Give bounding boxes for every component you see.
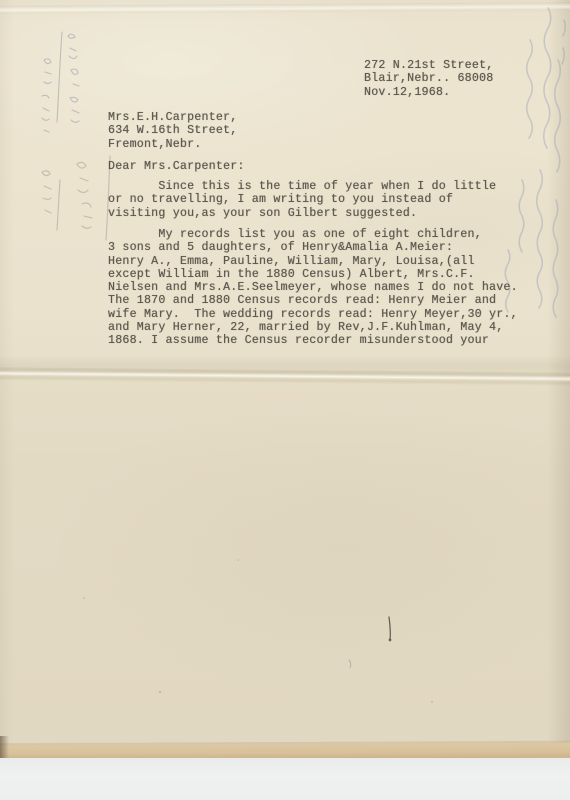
inside-address-block: Mrs.E.H.Carpenter, 634 W.16th Street, Fr…	[108, 111, 237, 151]
paragraph-family-records: My records list you as one of eight chil…	[108, 228, 518, 348]
paper-corner-shadow	[0, 736, 9, 760]
sender-address-block: 272 N.21st Street, Blair,Nebr.. 68008 No…	[364, 59, 493, 99]
paragraph-travel-note: Since this is the time of year when I do…	[108, 180, 496, 220]
scanner-background	[0, 758, 570, 800]
scanned-letter: 272 N.21st Street, Blair,Nebr.. 68008 No…	[0, 0, 570, 800]
salutation: Dear Mrs.Carpenter:	[108, 160, 245, 173]
